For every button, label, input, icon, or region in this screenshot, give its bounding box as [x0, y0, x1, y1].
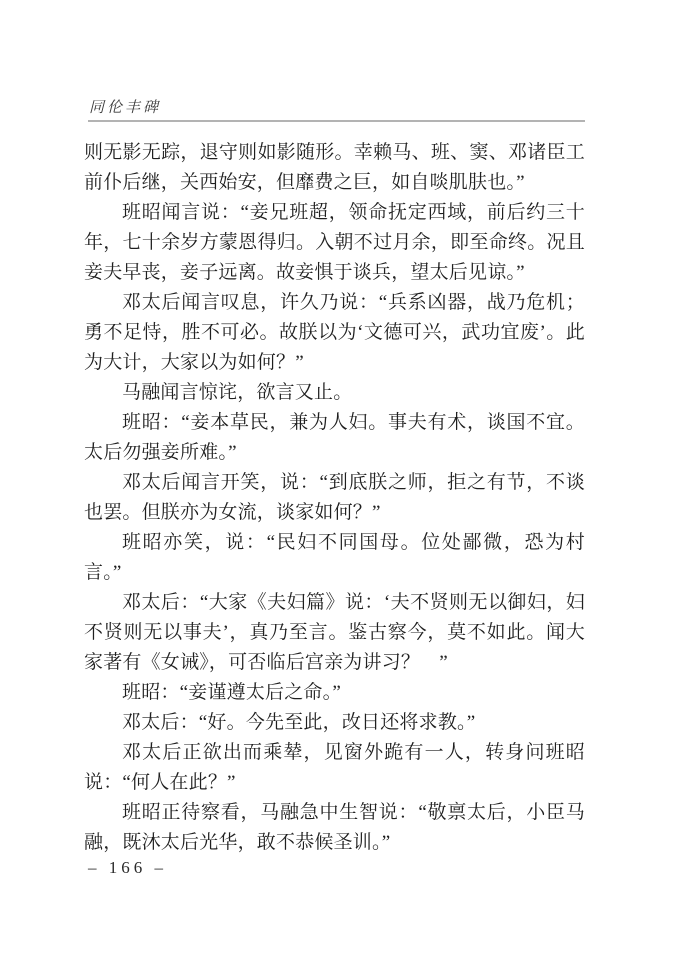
header-rule [88, 120, 585, 122]
paragraph: 班昭：“妾本草民，兼为人妇。事夫有术，谈国不宜。太后勿强妾所难。” [84, 408, 585, 468]
paragraph: 邓太后闻言开笑，说：“到底朕之师，拒之有节，不谈也罢。但朕亦为女流，谈家如何？” [84, 468, 585, 528]
paragraph: 邓太后：“好。今先至此，改日还将求教。” [84, 708, 585, 738]
paragraph: 邓太后正欲出而乘辇，见窗外跪有一人，转身问班昭说：“何人在此？” [84, 738, 585, 798]
running-header-title: 同伦丰碑 [89, 96, 161, 117]
paragraph: 邓太后：“大家《夫妇篇》说：‘夫不贤则无以御妇，妇不贤则无以事夫’，真乃至言。鉴… [84, 588, 585, 678]
book-page: 同伦丰碑 则无影无踪，退守则如影随形。幸赖马、班、窦、邓诸臣工前仆后继，关西始安… [0, 0, 692, 968]
paragraph: 则无影无踪，退守则如影随形。幸赖马、班、窦、邓诸臣工前仆后继，关西始安，但靡费之… [84, 138, 585, 198]
paragraph: 班昭亦笑，说：“民妇不同国母。位处鄙微，恐为村言。” [84, 528, 585, 588]
body-text: 则无影无踪，退守则如影随形。幸赖马、班、窦、邓诸臣工前仆后继，关西始安，但靡费之… [84, 138, 585, 858]
paragraph: 班昭：“妾谨遵太后之命。” [84, 678, 585, 708]
paragraph: 马融闻言惊诧，欲言又止。 [84, 378, 585, 408]
paragraph: 班昭闻言说：“妾兄班超，领命抚定西域，前后约三十年，七十余岁方蒙恩得归。入朝不过… [84, 198, 585, 288]
page-number: – 166 – [88, 858, 167, 878]
paragraph: 班昭正待察看，马融急中生智说：“敬禀太后，小臣马融，既沐太后光华，敢不恭候圣训。… [84, 798, 585, 858]
paragraph: 邓太后闻言叹息，许久乃说：“兵系凶器，战乃危机；勇不足恃，胜不可必。故朕以为‘文… [84, 288, 585, 378]
